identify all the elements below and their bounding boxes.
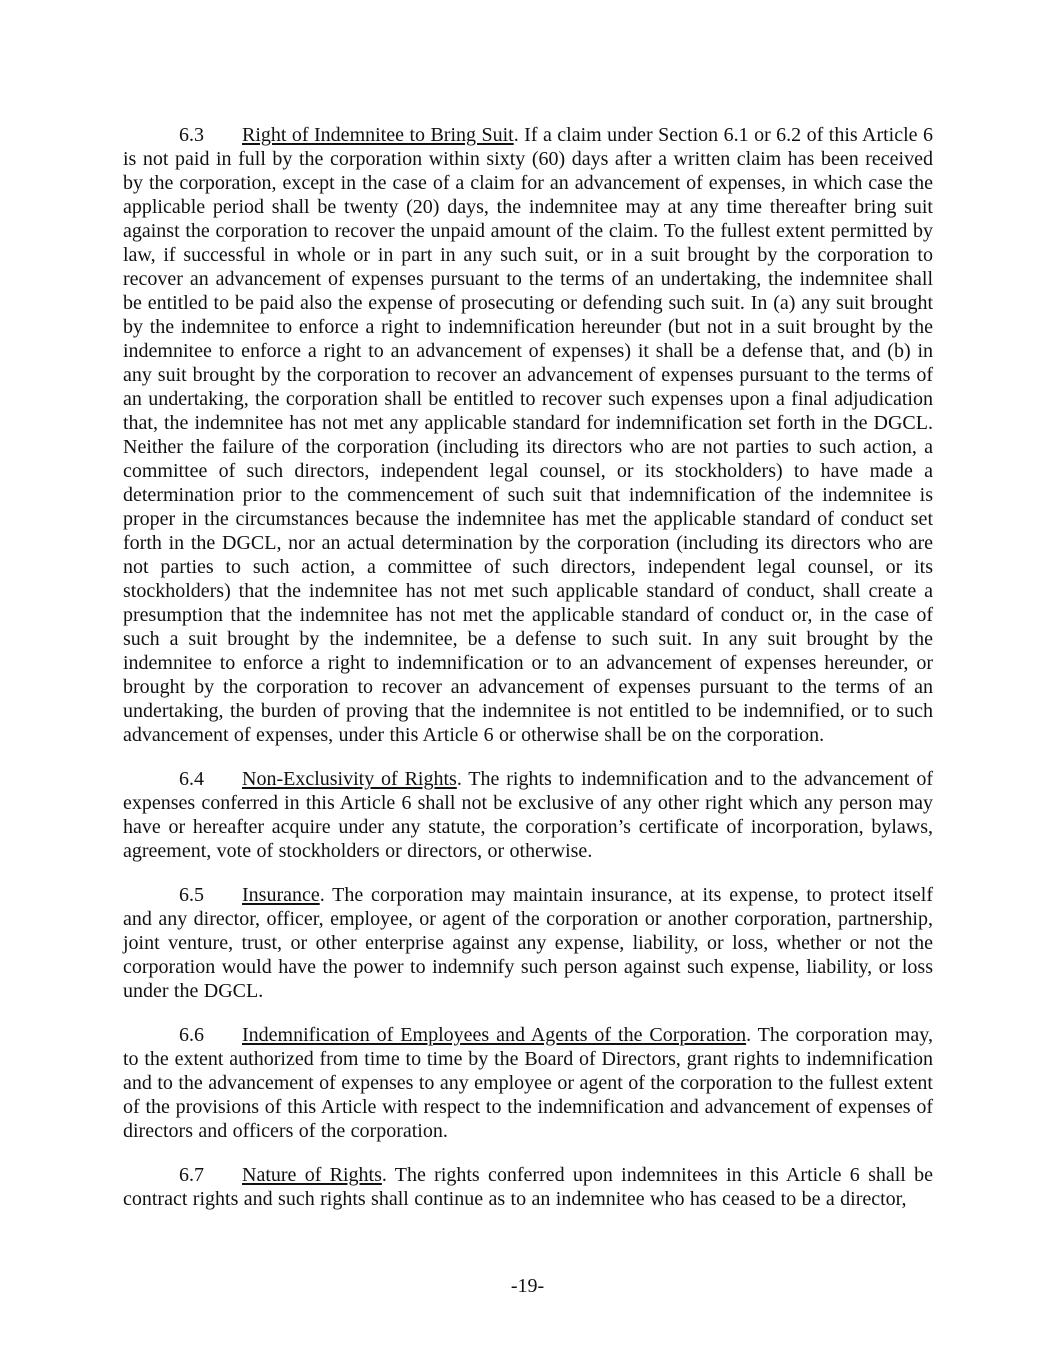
section-6-3-paragraph: 6.3Right of Indemnitee to Bring Suit. If… xyxy=(123,123,933,747)
section-number: 6.6 xyxy=(179,1024,204,1046)
section-6-5-paragraph: 6.5Insurance. The corporation may mainta… xyxy=(123,883,933,1003)
page-number: -19- xyxy=(0,1274,1055,1298)
section-heading: Insurance xyxy=(242,884,320,906)
section-6-6-paragraph: 6.6Indemnification of Employees and Agen… xyxy=(123,1023,933,1143)
section-number: 6.7 xyxy=(179,1164,204,1186)
section-6-7-paragraph: 6.7Nature of Rights. The rights conferre… xyxy=(123,1163,933,1211)
section-number: 6.5 xyxy=(179,884,204,906)
section-body-text: . If a claim under Section 6.1 or 6.2 of… xyxy=(123,124,933,746)
section-number: 6.4 xyxy=(179,768,204,790)
section-heading: Right of Indemnitee to Bring Suit xyxy=(242,124,514,146)
section-heading: Indemnification of Employees and Agents … xyxy=(242,1024,746,1046)
section-number: 6.3 xyxy=(179,124,204,146)
section-heading: Nature of Rights xyxy=(242,1164,382,1186)
document-body: 6.3Right of Indemnitee to Bring Suit. If… xyxy=(123,123,933,1211)
section-6-4-paragraph: 6.4Non-Exclusivity of Rights. The rights… xyxy=(123,767,933,863)
document-page: 6.3Right of Indemnitee to Bring Suit. If… xyxy=(0,0,1055,1365)
section-heading: Non-Exclusivity of Rights xyxy=(242,768,457,790)
